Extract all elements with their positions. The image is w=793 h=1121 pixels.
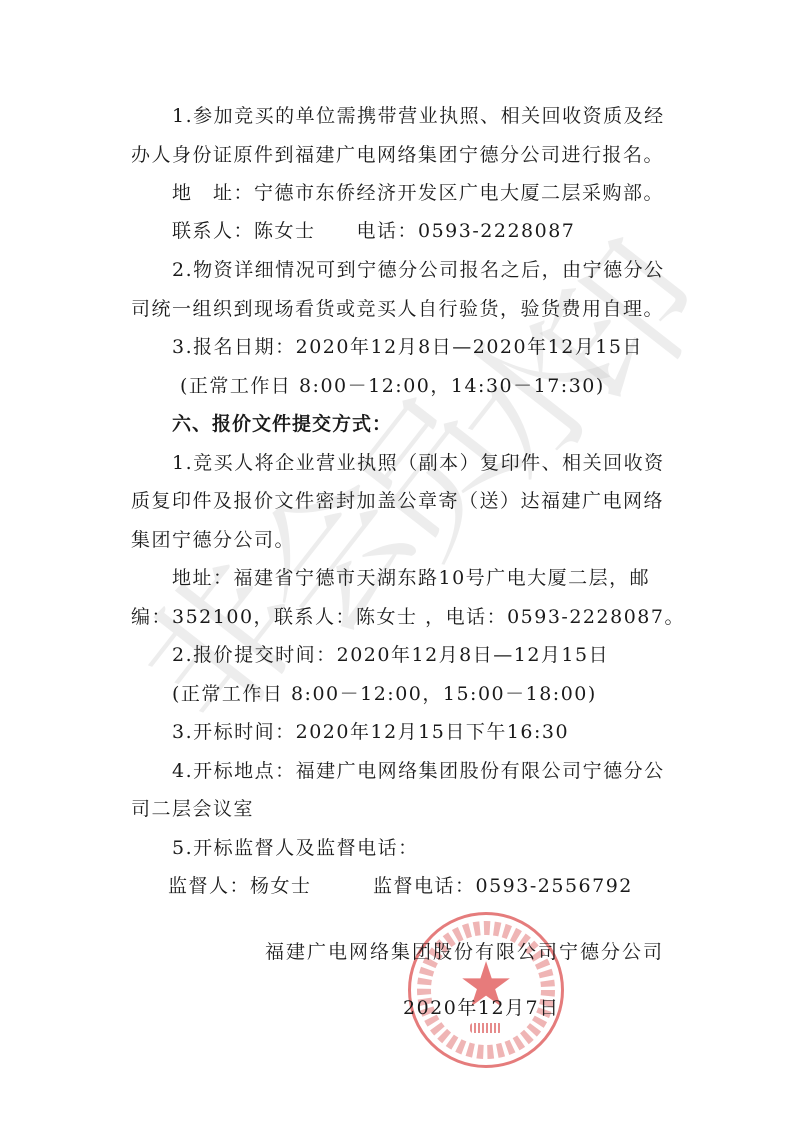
document-page: 非 会 员 水 印 ★ 1.参加竞买的单位需携带营业执照、相关回收资质及经 办人… — [0, 0, 793, 1121]
submission-item-1-cont: 质复印件及报价文件密封加盖公章寄（送）达福建广电网络 — [131, 489, 664, 513]
section-6-heading: 六、报价文件提交方式： — [172, 412, 392, 436]
bid-supervisor-heading: 5.开标监督人及监督电话： — [172, 836, 419, 860]
submission-time: 2.报价提交时间：2020年12月8日—12月15日 — [172, 643, 609, 667]
registration-item-2: 2.物资详细情况可到宁德分公司报名之后，由宁德分公 — [172, 258, 665, 282]
submission-item-1-cont2: 集团宁德分公司。 — [131, 528, 295, 552]
registration-contact: 联系人：陈女士 电话：0593-2228087 — [172, 219, 575, 243]
signature-date: 2020年12月7日 — [403, 996, 560, 1020]
registration-address: 地 址：宁德市东侨经济开发区广电大厦二层采购部。 — [172, 181, 664, 205]
bid-opening-time: 3.开标时间：2020年12月15日下午16:30 — [172, 720, 569, 744]
submission-address-cont: 编：352100，联系人：陈女士 ，电话：0593-2228087。 — [131, 605, 685, 629]
registration-item-1: 1.参加竞买的单位需携带营业执照、相关回收资质及经 — [172, 104, 665, 128]
submission-hours: (正常工作日 8:00－12:00，15:00－18:00) — [172, 682, 597, 706]
signature-company: 福建广电网络集团股份有限公司宁德分公司 — [265, 940, 664, 964]
registration-date: 3.报名日期：2020年12月8日—2020年12月15日 — [172, 335, 643, 359]
registration-item-2-cont: 司统一组织到现场看货或竞买人自行验货，验货费用自理。 — [131, 297, 664, 321]
bid-opening-location-cont: 司二层会议室 — [131, 797, 254, 821]
bid-supervisor: 监督人：杨女士 监督电话：0593-2556792 — [168, 874, 633, 898]
registration-hours: (正常工作日 8:00－12:00，14:30－17:30) — [180, 374, 605, 398]
bid-opening-location: 4.开标地点：福建广电网络集团股份有限公司宁德分公 — [172, 759, 665, 783]
registration-item-1-cont: 办人身份证原件到福建广电网络集团宁德分公司进行报名。 — [131, 143, 664, 167]
submission-item-1: 1.竞买人将企业营业执照（副本）复印件、相关回收资 — [172, 451, 665, 475]
submission-address: 地址：福建省宁德市天湖东路10号广电大厦二层，邮 — [172, 566, 650, 590]
